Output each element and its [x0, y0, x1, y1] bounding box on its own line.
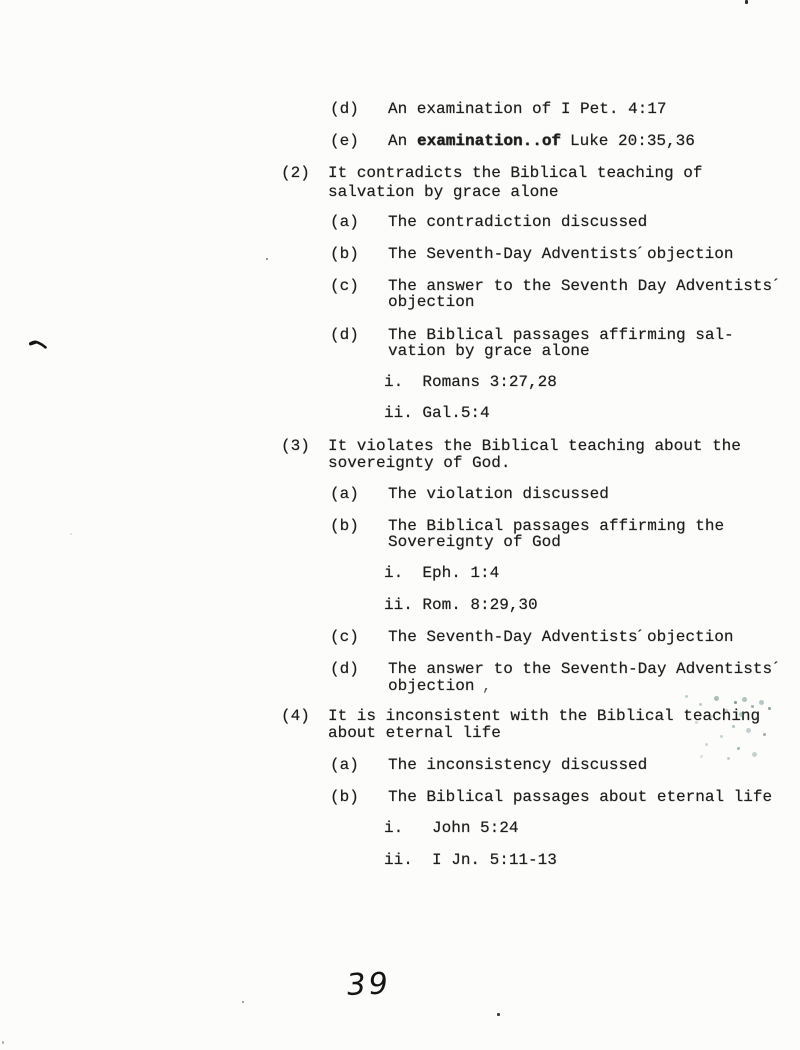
document-page: (d)An examination of I Pet. 4:17(e)An ex…	[0, 0, 800, 1050]
outline-text: An	[388, 133, 417, 149]
ink-smudge	[685, 695, 688, 698]
outline-text: (a)	[330, 214, 359, 230]
ink-speck	[242, 1001, 244, 1003]
outline-text: objection	[647, 629, 733, 645]
handwritten-page-number: 39	[344, 967, 392, 1003]
outline-text: ii. Rom. 8:29,30	[384, 597, 538, 613]
outline-text: It is inconsistent with the Biblical tea…	[328, 708, 760, 724]
outline-text: sovereignty of God.	[328, 455, 510, 471]
outline-text: The Seventh-Day Adventists	[388, 246, 638, 262]
outline-text: (e)	[330, 133, 359, 149]
outline-text: The contradiction discussed	[388, 214, 647, 230]
outline-text: i. Eph. 1:4	[384, 565, 499, 581]
outline-text: ´	[635, 246, 645, 262]
ink-speck	[2, 1041, 4, 1044]
outline-text: The answer to the Seventh-Day Adventists	[388, 661, 772, 677]
outline-text: ´	[771, 278, 781, 294]
outline-text: The answer to the Seventh Day Adventists	[388, 278, 772, 294]
outline-text: The Biblical passages affirming sal-	[388, 327, 734, 343]
outline-text: examination..of	[417, 133, 561, 149]
outline-text: objection	[647, 246, 733, 262]
outline-text: The violation discussed	[388, 486, 609, 502]
outline-text: (b)	[330, 789, 359, 805]
outline-text: An examination of I Pet. 4:17	[388, 101, 666, 117]
outline-text: (c)	[330, 629, 359, 645]
outline-text: The Biblical passages about eternal life	[388, 789, 772, 805]
outline-text: (d)	[330, 661, 359, 677]
outline-text: i. Romans 3:27,28	[384, 374, 557, 390]
outline-text: It contradicts the Biblical teaching of	[328, 165, 702, 181]
ink-speck	[266, 258, 268, 260]
outline-text: The Seventh-Day Adventists	[388, 629, 638, 645]
outline-text: objection	[388, 294, 474, 310]
outline-text: The inconsistency discussed	[388, 757, 647, 773]
outline-text: (d)	[330, 327, 359, 343]
outline-text: ,	[482, 678, 492, 694]
outline-text: (4)	[281, 708, 310, 724]
ink-speck	[70, 533, 72, 535]
outline-text: ´	[771, 661, 781, 677]
outline-text: (b)	[330, 246, 359, 262]
outline-text: objection	[388, 678, 474, 694]
outline-text: (d)	[330, 101, 359, 117]
pen-mark	[29, 339, 48, 350]
outline-text: It violates the Biblical teaching about …	[328, 438, 741, 454]
outline-text: about eternal life	[328, 725, 501, 741]
outline-text: The Biblical passages affirming the	[388, 518, 724, 534]
outline-text: ii. I Jn. 5:11-13	[384, 852, 557, 868]
outline-text: vation by grace alone	[388, 343, 590, 359]
outline-text: (c)	[330, 278, 359, 294]
outline-text: Sovereignty of God	[388, 534, 561, 550]
ink-speck	[745, 0, 748, 4]
outline-text: Luke 20:35,36	[570, 133, 695, 149]
outline-text: (b)	[330, 518, 359, 534]
outline-text: (a)	[330, 486, 359, 502]
outline-text: (2)	[281, 165, 310, 181]
outline-text: i. John 5:24	[384, 820, 518, 836]
outline-text: (3)	[281, 438, 310, 454]
outline-text: (a)	[330, 757, 359, 773]
outline-text: ´	[635, 629, 645, 645]
ink-speck	[497, 1013, 500, 1016]
outline-text: ii. Gal.5:4	[384, 405, 490, 421]
outline-text: salvation by grace alone	[328, 184, 558, 200]
